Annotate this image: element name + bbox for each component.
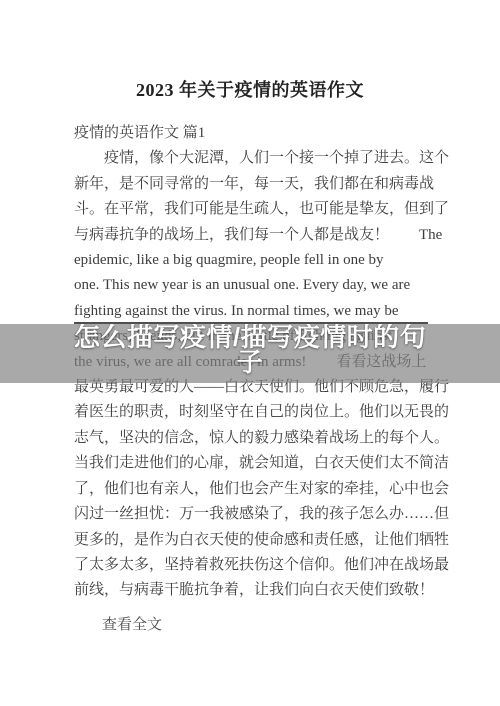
watermark-overlay-title: 怎么描写疫情/描写疫情时的句子 (63, 325, 437, 375)
view-full-text-link[interactable]: 查看全文 (102, 613, 162, 638)
page-title: 2023 年关于疫情的英语作文 (0, 76, 500, 102)
document-page: 2023 年关于疫情的英语作文 疫情的英语作文 篇1 疫情，像个大泥潭，人们一个… (0, 0, 500, 706)
watermark-overlay-band: 怎么描写疫情/描写疫情时的句子 (0, 324, 500, 383)
emphasis-underline (74, 322, 428, 324)
essay-subtitle: 疫情的英语作文 篇1 (74, 121, 430, 146)
